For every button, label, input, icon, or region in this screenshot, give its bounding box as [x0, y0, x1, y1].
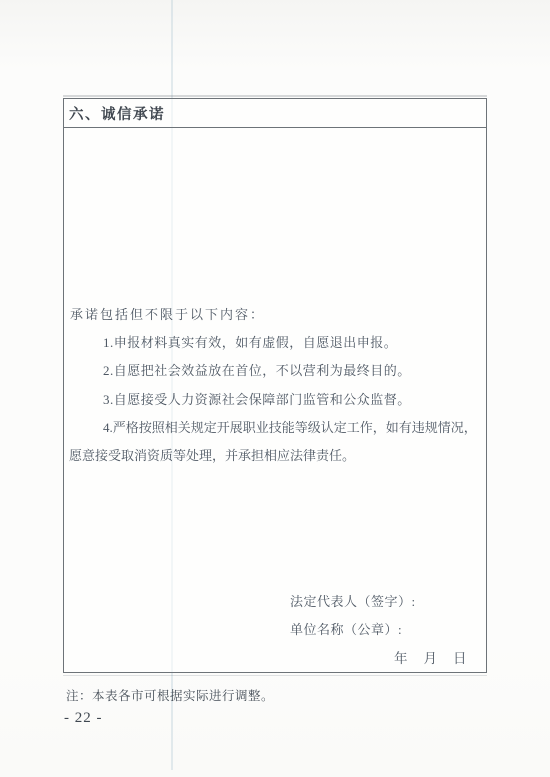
commitment-item: 3.自愿接受人力资源社会保障部门监管和公众监督。 — [103, 393, 411, 406]
unit-name-seal-label: 单位名称（公章）: — [290, 623, 402, 636]
commitment-form-table: 六、诚信承诺 承诺包括但不限于以下内容： 1.申报材料真实有效，如有虚假，自愿退… — [63, 98, 487, 673]
commitment-intro: 承诺包括但不限于以下内容： — [70, 308, 265, 321]
commitment-item: 1.申报材料真实有效，如有虚假，自愿退出申报。 — [103, 336, 397, 349]
day-label: 日 — [453, 652, 467, 666]
date-line: 年 月 日 — [394, 652, 467, 666]
section-header-cell: 六、诚信承诺 — [64, 99, 486, 128]
legal-representative-signature-label: 法定代表人（签字）: — [290, 595, 416, 608]
page-number: - 22 - — [64, 710, 103, 727]
scanned-document-page: 六、诚信承诺 承诺包括但不限于以下内容： 1.申报材料真实有效，如有虚假，自愿退… — [0, 0, 550, 777]
footnote: 注：本表各市可根据实际进行调整。 — [66, 686, 274, 704]
year-label: 年 — [394, 652, 408, 666]
commitment-item: 4.严格按照相关规定开展职业技能等级认定工作，如有违规情况，愿意接受取消资质等处… — [69, 414, 489, 470]
month-label: 月 — [424, 652, 438, 666]
section-title: 六、诚信承诺 — [69, 103, 165, 124]
commitment-item: 2.自愿把社会效益放在首位，不以营利为最终目的。 — [103, 364, 411, 377]
